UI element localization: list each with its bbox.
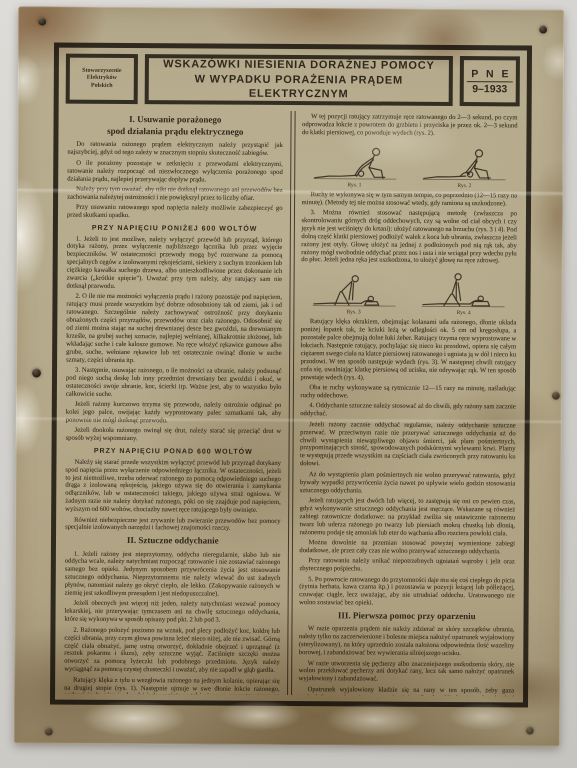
title-box: WSKAZÓWKI NIESIENIA DORAŹNEJ POMOCY W WY… xyxy=(145,54,453,106)
poster-title-line2: W WYPADKU PORAŻENIA PRĄDEM ELEKTRYCZNYM xyxy=(149,72,449,104)
paragraph: Do ratowania rażonego prądem elektryczny… xyxy=(67,141,283,158)
figure-rys-1: Rys. 1 xyxy=(304,140,406,189)
paragraph: 4. Oddychanie sztuczne należy stosować a… xyxy=(300,403,516,420)
poster-header: Stowarzyszenie Elektryków Polskich WSKAZ… xyxy=(66,54,520,107)
figure-label: Rys. 3 xyxy=(303,309,405,316)
publisher-box: Stowarzyszenie Elektryków Polskich xyxy=(66,54,138,104)
column-divider xyxy=(287,111,296,695)
back-release-inhale-illustration xyxy=(413,268,515,311)
paragraph: Ratujący klęka okrakiem, obejmując kolan… xyxy=(300,318,516,383)
paragraph: 1. Jeżeli rażony jest nieprzytomny, oddy… xyxy=(65,550,281,599)
paragraph: Jeżeli rażony zacznie oddychać regularni… xyxy=(300,421,516,470)
paragraph: Ruchy te wykonywa się w tym samym tempie… xyxy=(302,191,518,208)
paragraph: Należy przy tym uważać, aby nikt nie dot… xyxy=(67,186,283,203)
paragraph: Przy usuwaniu ratowanego spod napięcia n… xyxy=(67,204,283,221)
figures-row-3-4: Rys. 3 xyxy=(303,267,515,316)
figures-row-1-2: Rys. 1 xyxy=(304,140,516,189)
paragraph: Jeżeli dookoła rażonego owinął się drut,… xyxy=(66,427,282,444)
standard-code: P N E xyxy=(467,68,513,82)
figure-label: Rys. 2 xyxy=(414,182,516,189)
figure-rys-4: Rys. 4 xyxy=(413,268,515,317)
paragraph: Opatrunek wyjałowiony kładzie się na ran… xyxy=(298,686,514,697)
publisher-name: Stowarzyszenie Elektryków Polskich xyxy=(82,67,121,90)
figure-label: Rys. 1 xyxy=(304,182,406,189)
figure-label: Rys. 4 xyxy=(413,310,515,317)
paragraph: Należy się starać przede wszystkim wyłąc… xyxy=(65,458,281,515)
mounting-hole-middle-left xyxy=(32,368,41,377)
section-3-heading: III. Pierwsza pomoc przy oparzeniu xyxy=(299,610,515,623)
paragraph: W razie oparzenia prądem nie należy zdzi… xyxy=(299,625,515,658)
section-2-heading: II. Sztuczne oddychanie xyxy=(65,534,281,547)
mounting-hole-top-right xyxy=(539,26,547,34)
section-1-heading: I. Usuwanie porażonego spod działania pr… xyxy=(67,114,283,139)
paragraph: 1. Jeżeli to jest możliwe, należy wyłącz… xyxy=(67,235,283,292)
mounting-hole-top-left xyxy=(38,17,46,25)
paragraph: Jeżeli rażony kurczowo trzyma się przewo… xyxy=(66,401,282,426)
poster-body: I. Usuwanie porażonego spod działania pr… xyxy=(62,110,520,697)
figure-rys-3: Rys. 3 xyxy=(303,267,405,316)
paragraph: Aż do wystąpienia plam pośmiertnych nie … xyxy=(300,471,516,496)
paragraph: 5. Po powrocie ratowanego do przytomnośc… xyxy=(299,576,515,609)
mounting-hole-bottom-left xyxy=(45,728,53,736)
figure-rys-2: Rys. 2 xyxy=(414,140,516,189)
standard-box: P N E 9–1933 xyxy=(460,56,520,106)
metal-plate: Stowarzyszenie Elektryków Polskich WSKAZ… xyxy=(14,6,564,746)
mounting-hole-middle-right xyxy=(552,392,560,400)
paragraph: Ratujący klęka z tyłu u wezgłowia rażone… xyxy=(64,676,280,695)
arm-press-exhale-illustration xyxy=(414,140,516,183)
paragraph: W razie utworzenia się pęcherzy albo zna… xyxy=(299,660,515,685)
paragraph: Jeżeli obecnych jest więcej niż jeden, n… xyxy=(64,600,280,625)
paragraph: Oba te ruchy wykonywane są rytmicznie 12… xyxy=(300,384,516,401)
poster-frame: Stowarzyszenie Elektryków Polskich WSKAZ… xyxy=(50,43,532,708)
paragraph: 2. O ile nie ma możności wyłączenia prąd… xyxy=(66,293,282,365)
arm-lift-inhale-illustration xyxy=(304,140,406,183)
standard-number: 9–1933 xyxy=(472,83,507,95)
subheading-below-600v: PRZY NAPIĘCIU PONIŻEJ 600 WOLTÓW xyxy=(67,225,283,233)
paragraph: 3. Następnie, usuwając rażonego, o ile m… xyxy=(66,367,282,400)
paragraph: 2. Rażonego położyć poziomo na wznak, po… xyxy=(64,626,280,675)
left-column: I. Usuwanie porażonego spod działania pr… xyxy=(62,110,285,695)
paragraph: W tej pozycji ratujący zatrzymuje ręce r… xyxy=(302,113,518,138)
paragraph: O ile porażony pozostaje w zetknięciu z … xyxy=(67,159,283,184)
back-press-exhale-illustration xyxy=(303,267,405,310)
subheading-above-600v: PRZY NAPIĘCIU PONAD 600 WOLTÓW xyxy=(66,448,282,456)
paragraph: Przy ratowaniu należy unikać niepotrzebn… xyxy=(299,557,515,574)
right-column: W tej pozycji ratujący zatrzymuje ręce r… xyxy=(297,111,520,696)
mounting-hole-bottom-right xyxy=(526,726,534,734)
poster-title-line1: WSKAZÓWKI NIESIENIA DORAŹNEJ POMOCY xyxy=(163,57,435,74)
paragraph: Można dowolnie na przemian stosować powy… xyxy=(299,539,515,556)
paragraph: Jeżeli ratujących jest dwóch lub więcej,… xyxy=(300,497,516,538)
paragraph: 3. Można również stosować następującą me… xyxy=(301,209,517,266)
paragraph: Również niebezpieczne jest zrywanie lub … xyxy=(65,516,281,533)
